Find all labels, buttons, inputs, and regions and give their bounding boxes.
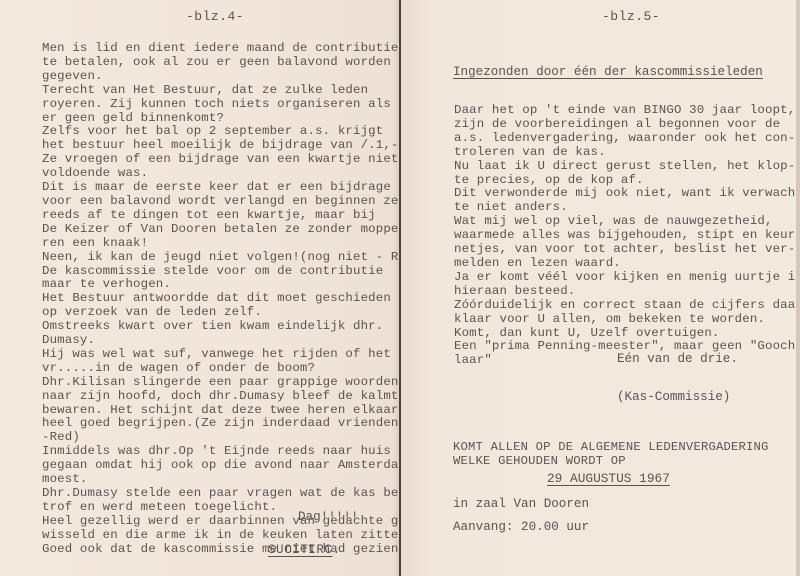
text-line: naar zijn hoofd, doch dhr.Dumasy bleef d… bbox=[42, 390, 421, 404]
text-line: gegeven. bbox=[42, 70, 421, 84]
text-line: Heel gezellig werd er daarbinnen van ged… bbox=[42, 515, 421, 529]
text-line: Men is lid en dient iedere maand de cont… bbox=[42, 42, 421, 56]
text-line: WELKE GEHOUDEN WORDT OP bbox=[453, 455, 769, 469]
text-line: er geen geld binnenkomt? bbox=[42, 112, 421, 126]
author-signature: SUCITIRC. bbox=[268, 543, 341, 557]
text-line: Terecht van Het Bestuur, dat ze zulke le… bbox=[42, 84, 421, 98]
text-line: Zóórduidelijk en correct staan de cijfer… bbox=[454, 299, 800, 313]
text-line: te niet anders. bbox=[454, 201, 800, 215]
spine-shadow bbox=[392, 0, 399, 576]
text-line: melden en lezen waard. bbox=[454, 257, 800, 271]
text-line: Nu laat ik U direct gerust stellen, het … bbox=[454, 160, 800, 174]
text-line: Ze vroegen of een bijdrage van een kwart… bbox=[42, 153, 421, 167]
text-line: te precies, op de kop af. bbox=[454, 174, 800, 188]
text-line: Wat mij wel op viel, was de nauwgezethei… bbox=[454, 215, 800, 229]
text-line: Daar het op 't einde van BINGO 30 jaar l… bbox=[454, 104, 800, 118]
text-line: Dhr.Dumasy stelde een paar vragen wat de… bbox=[42, 487, 421, 501]
right-page: -blz.5- Ingezonden door één der kascommi… bbox=[401, 0, 800, 576]
text-line: De kascommissie stelde voor om de contri… bbox=[42, 265, 421, 279]
text-line: voldoende was. bbox=[42, 167, 421, 181]
left-body-text: Men is lid en dient iedere maand de cont… bbox=[42, 42, 421, 557]
signoff-author: Eén van de drie. bbox=[617, 352, 738, 366]
meeting-venue: in zaal Van Dooren bbox=[453, 497, 589, 511]
text-line: heel goed begrijpen.(Ze zijn inderdaad v… bbox=[42, 417, 421, 431]
text-line: op verzoek van de leden zelf. bbox=[42, 306, 421, 320]
page-edge bbox=[796, 0, 800, 576]
signoff-committee: (Kas-Commissie) bbox=[617, 390, 730, 404]
right-body-text: Daar het op 't einde van BINGO 30 jaar l… bbox=[454, 104, 800, 368]
text-line: a.s. ledenvergadering, waaronder ook het… bbox=[454, 132, 800, 146]
text-line: te betalen, ook al zou er geen balavond … bbox=[42, 56, 421, 70]
text-line: Dit is maar de eerste keer dat er een bi… bbox=[42, 181, 421, 195]
text-line: zijn de voorbereidingen al begonnen voor… bbox=[454, 118, 800, 132]
text-line: Dit verwonderde mij ook niet, want ik ve… bbox=[454, 187, 800, 201]
text-line: Goed ook dat de kascommissie me niet had… bbox=[42, 543, 421, 557]
text-line: gegaan omdat hij ook op die avond naar A… bbox=[42, 459, 421, 473]
text-line: ren een knaak! bbox=[42, 237, 421, 251]
text-line: Het Bestuur antwoordde dat dit moet gesc… bbox=[42, 292, 421, 306]
text-line: Komt, dan kunt U, Uzelf overtuigen. bbox=[454, 327, 800, 341]
meeting-date: 29 AUGUSTUS 1967 bbox=[547, 471, 670, 486]
meeting-announcement: KOMT ALLEN OP DE ALGEMENE LEDENVERGADERI… bbox=[453, 441, 769, 468]
text-line: het bestuur heel moeilijk de bijdrage va… bbox=[42, 139, 421, 153]
text-line: voor een balavond wordt verlangd en begi… bbox=[42, 195, 421, 209]
text-line: netjes, van voor tot achter, beslist het… bbox=[454, 243, 800, 257]
text-line: Inmiddels was dhr.Op 't Eijnde reeds naa… bbox=[42, 445, 421, 459]
text-line: Dumasy. bbox=[42, 334, 421, 348]
text-line: klaar voor U allen, om bekeken te worden… bbox=[454, 313, 800, 327]
page-number: -blz.5- bbox=[602, 9, 660, 24]
text-line: Hij was wel wat suf, vanwege het rijden … bbox=[42, 348, 421, 362]
signature-period: . bbox=[332, 543, 340, 557]
booklet-spread: -blz.4- Men is lid en dient iedere maand… bbox=[0, 0, 800, 576]
text-line: Omstreeks kwart over tien kwam eindelijk… bbox=[42, 320, 421, 334]
text-line: moest. bbox=[42, 473, 421, 487]
page-number: -blz.4- bbox=[186, 9, 244, 24]
closing-greeting: Dag!!!!! bbox=[298, 510, 358, 524]
text-line: bewaren. Het schijnt dat deze twee heren… bbox=[42, 404, 421, 418]
signature-name: SUCITIRC bbox=[268, 543, 332, 557]
text-line: Zelfs voor het bal op 2 september a.s. k… bbox=[42, 125, 421, 139]
text-line: wisseld en die arme ik in de keuken late… bbox=[42, 529, 421, 543]
text-line: Neen, ik kan de jeugd niet volgen!(nog n… bbox=[42, 251, 421, 265]
text-line: Dhr.Kilisan slingerde een paar grappige … bbox=[42, 376, 421, 390]
meeting-start-time: Aanvang: 20.00 uur bbox=[453, 520, 589, 534]
text-line: Ja er komt véél voor kijken en menig uur… bbox=[454, 271, 800, 285]
left-page: -blz.4- Men is lid en dient iedere maand… bbox=[0, 0, 399, 576]
text-line: maar te verhogen. bbox=[42, 278, 421, 292]
text-line: vr.....in de wagen of onder de boom? bbox=[42, 362, 421, 376]
text-line: KOMT ALLEN OP DE ALGEMENE LEDENVERGADERI… bbox=[453, 441, 769, 455]
article-heading: Ingezonden door één der kascommissielede… bbox=[453, 65, 763, 79]
text-line: royeren. Zij kunnen toch niets organiser… bbox=[42, 98, 421, 112]
text-line: De Keizer of Van Dooren betalen ze zonde… bbox=[42, 223, 421, 237]
text-line: waarmede alles was bijgehouden, stipt en… bbox=[454, 229, 800, 243]
text-line: reeds af te dingen tot een kwartje, maar… bbox=[42, 209, 421, 223]
text-line: troleren van de kas. bbox=[454, 146, 800, 160]
text-line: -Red) bbox=[42, 431, 421, 445]
text-line: trof en werd meteen toegelicht. bbox=[42, 501, 421, 515]
text-line: hieraan besteed. bbox=[454, 285, 800, 299]
